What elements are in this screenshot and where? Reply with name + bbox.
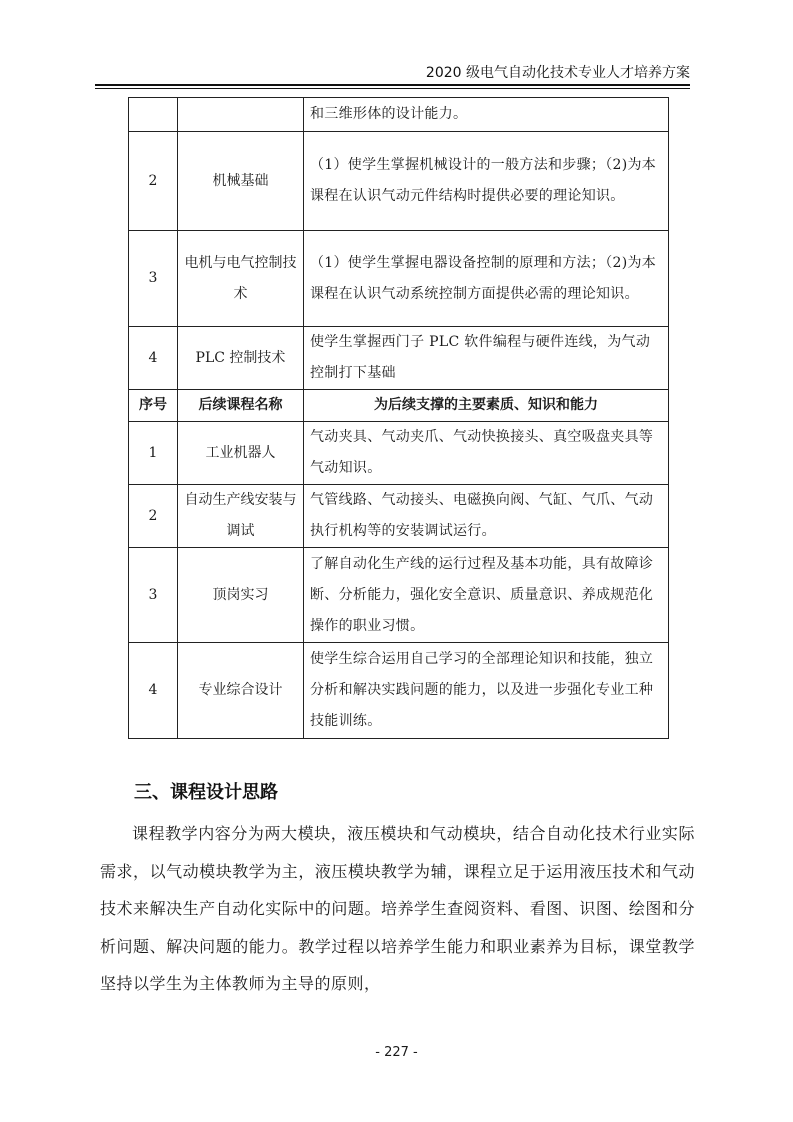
table-row: 4 PLC 控制技术 使学生掌握西门子 PLC 软件编程与硬件连线，为气动控制打… — [129, 327, 669, 390]
header-divider — [95, 84, 690, 86]
cell-course-name: PLC 控制技术 — [178, 327, 304, 390]
table-row: 2 自动生产线安装与调试 气管线路、气动接头、电磁换向阀、气缸、气爪、气动执行机… — [129, 485, 669, 548]
body-paragraph: 课程教学内容分为两大模块，液压模块和气动模块，结合自动化技术行业实际需求，以气动… — [100, 815, 695, 1003]
table-header-row: 序号 后续课程名称 为后续支撑的主要素质、知识和能力 — [129, 390, 669, 422]
course-relationship-table: 和三维形体的设计能力。 2 机械基础 （1）使学生掌握机械设计的一般方法和步骤；… — [128, 97, 669, 739]
cell-no: 1 — [129, 422, 178, 485]
cell-no: 4 — [129, 643, 178, 739]
table-row: 3 顶岗实习 了解自动化生产线的运行过程及基本功能，具有故障诊断、分析能力，强化… — [129, 548, 669, 643]
cell-no: 3 — [129, 548, 178, 643]
cell-course-name: 自动生产线安装与调试 — [178, 485, 304, 548]
cell-no: 2 — [129, 132, 178, 231]
section-heading: 三、课程设计思路 — [134, 778, 278, 804]
cell-description: 气管线路、气动接头、电磁换向阀、气缸、气爪、气动执行机构等的安装调试运行。 — [304, 485, 669, 548]
cell-no: 4 — [129, 327, 178, 390]
cell-description: 了解自动化生产线的运行过程及基本功能，具有故障诊断、分析能力，强化安全意识、质量… — [304, 548, 669, 643]
cell-description: 和三维形体的设计能力。 — [304, 98, 669, 132]
header-course-name: 后续课程名称 — [178, 390, 304, 422]
header-no: 序号 — [129, 390, 178, 422]
cell-description: 气动夹具、气动夹爪、气动快换接头、真空吸盘夹具等气动知识。 — [304, 422, 669, 485]
page-number: - 227 - — [0, 1045, 793, 1060]
cell-course-name: 专业综合设计 — [178, 643, 304, 739]
table-row: 4 专业综合设计 使学生综合运用自己学习的全部理论知识和技能，独立分析和解决实践… — [129, 643, 669, 739]
table-row: 和三维形体的设计能力。 — [129, 98, 669, 132]
cell-course-name: 顶岗实习 — [178, 548, 304, 643]
cell-description: （1）使学生掌握机械设计的一般方法和步骤；（2)为本课程在认识气动元件结构时提供… — [304, 132, 669, 231]
table-row: 3 电机与电气控制技术 （1）使学生掌握电器设备控制的原理和方法；（2)为本课程… — [129, 231, 669, 327]
document-header-title: 2020 级电气自动化技术专业人才培养方案 — [426, 62, 690, 82]
header-divider-thin — [95, 88, 690, 89]
cell-no: 2 — [129, 485, 178, 548]
cell-no: 3 — [129, 231, 178, 327]
cell-description: （1）使学生掌握电器设备控制的原理和方法；（2)为本课程在认识气动系统控制方面提… — [304, 231, 669, 327]
cell-course-name: 电机与电气控制技术 — [178, 231, 304, 327]
header-description: 为后续支撑的主要素质、知识和能力 — [304, 390, 669, 422]
cell-course-name: 机械基础 — [178, 132, 304, 231]
cell-no — [129, 98, 178, 132]
cell-description: 使学生综合运用自己学习的全部理论知识和技能，独立分析和解决实践问题的能力，以及进… — [304, 643, 669, 739]
table-row: 1 工业机器人 气动夹具、气动夹爪、气动快换接头、真空吸盘夹具等气动知识。 — [129, 422, 669, 485]
table-row: 2 机械基础 （1）使学生掌握机械设计的一般方法和步骤；（2)为本课程在认识气动… — [129, 132, 669, 231]
cell-course-name — [178, 98, 304, 132]
cell-description: 使学生掌握西门子 PLC 软件编程与硬件连线，为气动控制打下基础 — [304, 327, 669, 390]
cell-course-name: 工业机器人 — [178, 422, 304, 485]
